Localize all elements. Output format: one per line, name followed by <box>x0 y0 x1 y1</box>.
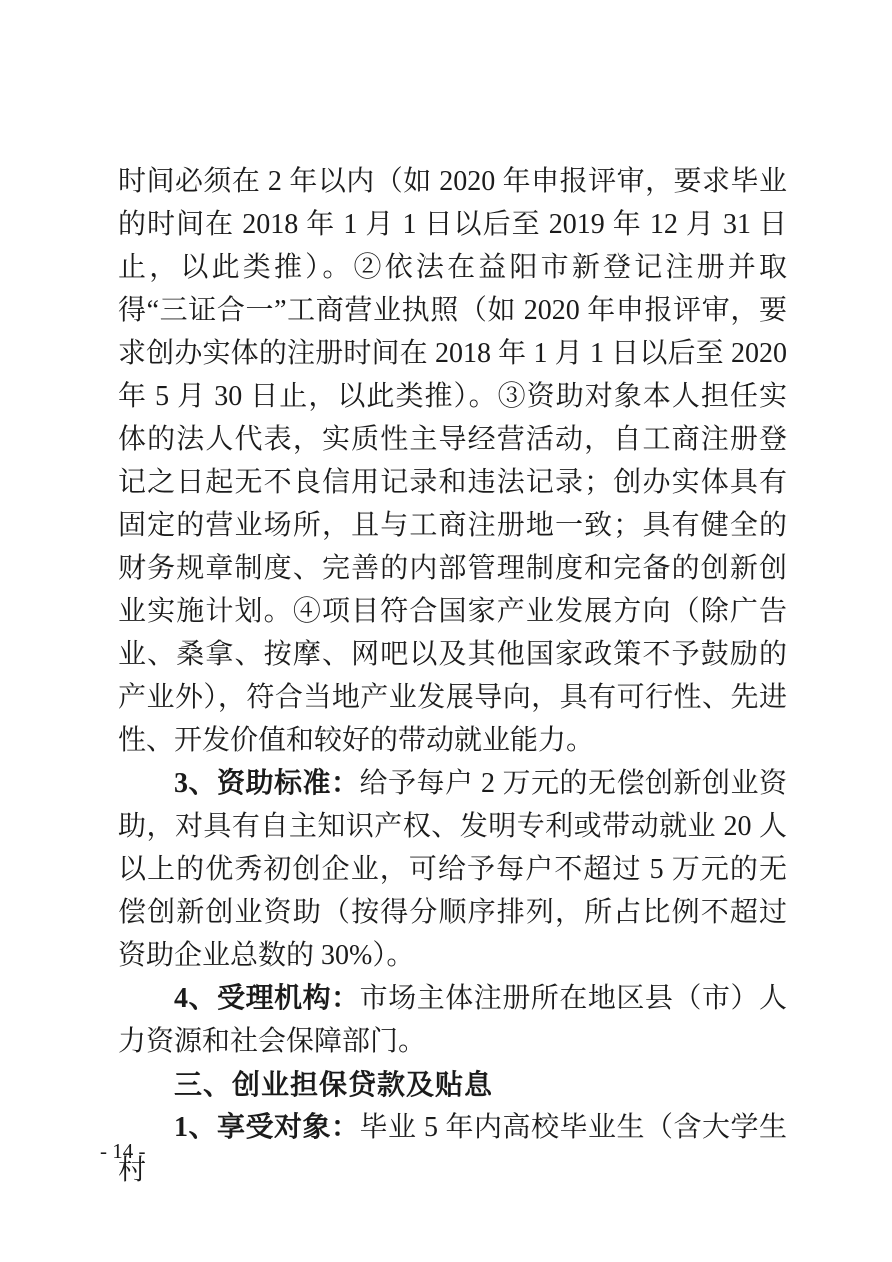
document-body: 时间必须在 2 年以内（如 2020 年申报评审，要求毕业的时间在 2018 年… <box>118 160 787 1192</box>
page-number: - 14 - <box>100 1138 146 1164</box>
document-page: 时间必须在 2 年以内（如 2020 年申报评审，要求毕业的时间在 2018 年… <box>0 0 892 1262</box>
subsidy-standard-label: 3、资助标准： <box>174 768 360 799</box>
section-heading-guaranteed-loans: 三、创业担保贷款及贴息 <box>118 1063 787 1106</box>
eligible-recipients-label: 1、享受对象： <box>174 1112 360 1143</box>
paragraph-accepting-agency: 4、受理机构：市场主体注册所在地区县（市）人力资源和社会保障部门。 <box>118 977 787 1063</box>
paragraph-eligible-recipients: 1、享受对象：毕业 5 年内高校毕业生（含大学生村 <box>118 1106 787 1192</box>
paragraph-subsidy-standard: 3、资助标准：给予每户 2 万元的无偿创新创业资助，对具有自主知识产权、发明专利… <box>118 762 787 977</box>
accepting-agency-label: 4、受理机构： <box>174 983 360 1014</box>
paragraph-conditions-continued: 时间必须在 2 年以内（如 2020 年申报评审，要求毕业的时间在 2018 年… <box>118 160 787 762</box>
